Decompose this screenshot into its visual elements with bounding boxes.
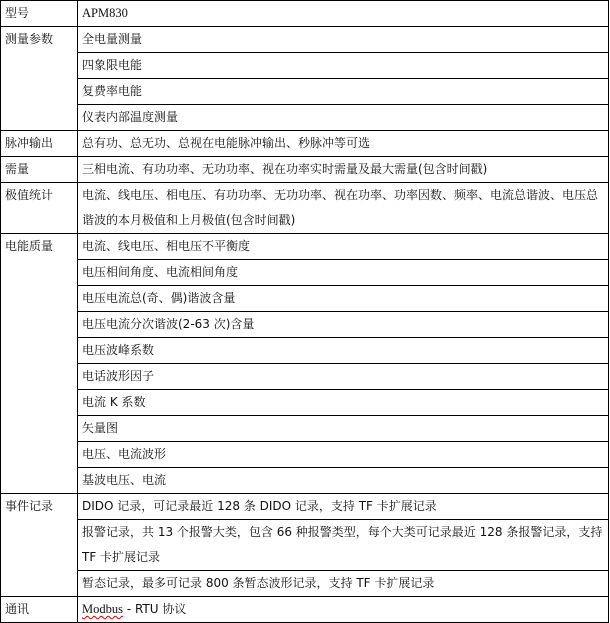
table-row: 四象限电能 bbox=[1, 53, 609, 79]
table-row: 暂态记录，最多可记录 800 条暂态波形记录，支持 TF 卡扩展记录 bbox=[1, 571, 609, 597]
row-value: 全电量测量 bbox=[78, 27, 609, 53]
row-value: 电话波形因子 bbox=[78, 364, 609, 390]
table-row-power-quality: 电能质量 电流、线电压、相电压不平衡度 bbox=[1, 234, 609, 260]
table-row-measurement: 测量参数 全电量测量 bbox=[1, 27, 609, 53]
table-row-model: 型号 APM830 bbox=[1, 1, 609, 27]
table-row: 矢量图 bbox=[1, 416, 609, 442]
row-value: DIDO 记录，可记录最近 128 条 DIDO 记录，支持 TF 卡扩展记录 bbox=[78, 494, 609, 520]
row-value: 暂态记录，最多可记录 800 条暂态波形记录，支持 TF 卡扩展记录 bbox=[78, 571, 609, 597]
table-row-demand: 需量 三相电流、有功功率、无功功率、视在功率实时需量及最大需量(包含时间戳) bbox=[1, 157, 609, 183]
row-value: 三相电流、有功功率、无功功率、视在功率实时需量及最大需量(包含时间戳) bbox=[78, 157, 609, 183]
table-row-communication: 通讯 Modbus - RTU 协议 bbox=[1, 597, 609, 603]
row-value: 电流 K 系数 bbox=[78, 390, 609, 416]
table-row: 电流 K 系数 bbox=[1, 390, 609, 416]
row-value: 仪表内部温度测量 bbox=[78, 105, 609, 131]
row-label: 极值统计 bbox=[1, 183, 78, 234]
row-value: 总有功、总无功、总视在电能脉冲输出、秒脉冲等可选 bbox=[78, 131, 609, 157]
row-label: 电能质量 bbox=[1, 234, 78, 494]
table-row: 电话波形因子 bbox=[1, 364, 609, 390]
row-value: 报警记录，共 13 个报警大类，包含 66 种报警类型，每个大类可记录最近 12… bbox=[78, 520, 609, 571]
row-value: 矢量图 bbox=[78, 416, 609, 442]
table-row: 电压波峰系数 bbox=[1, 338, 609, 364]
row-value: 电压电流分次谐波(2-63 次)含量 bbox=[78, 312, 609, 338]
row-value: Modbus - RTU 协议 bbox=[78, 597, 609, 603]
row-value: 电流、线电压、相电压不平衡度 bbox=[78, 234, 609, 260]
table-row: 基波电压、电流 bbox=[1, 468, 609, 494]
table-row: 电压电流分次谐波(2-63 次)含量 bbox=[1, 312, 609, 338]
row-value: 复费率电能 bbox=[78, 79, 609, 105]
table-row: 电压电流总(奇、偶)谐波含量 bbox=[1, 286, 609, 312]
table-row: 仪表内部温度测量 bbox=[1, 105, 609, 131]
row-label: 事件记录 bbox=[1, 494, 78, 597]
row-value: 四象限电能 bbox=[78, 53, 609, 79]
row-value: APM830 bbox=[78, 1, 609, 27]
row-label: 脉冲输出 bbox=[1, 131, 78, 157]
row-value: 电压相间角度、电流相间角度 bbox=[78, 260, 609, 286]
row-label: 测量参数 bbox=[1, 27, 78, 131]
row-value: 电流、线电压、相电压、有功功率、无功功率、视在功率、功率因数、频率、电流总谐波、… bbox=[78, 183, 609, 234]
row-value: 基波电压、电流 bbox=[78, 468, 609, 494]
row-value: 电压电流总(奇、偶)谐波含量 bbox=[78, 286, 609, 312]
table-row: 复费率电能 bbox=[1, 79, 609, 105]
table-row-event-log: 事件记录 DIDO 记录，可记录最近 128 条 DIDO 记录，支持 TF 卡… bbox=[1, 494, 609, 520]
row-value: 电压波峰系数 bbox=[78, 338, 609, 364]
table-row: 报警记录，共 13 个报警大类，包含 66 种报警类型，每个大类可记录最近 12… bbox=[1, 520, 609, 571]
table-row: 电压、电流波形 bbox=[1, 442, 609, 468]
row-label: 型号 bbox=[1, 1, 78, 27]
table-row-pulse-output: 脉冲输出 总有功、总无功、总视在电能脉冲输出、秒脉冲等可选 bbox=[1, 131, 609, 157]
row-label: 需量 bbox=[1, 157, 78, 183]
row-label: 通讯 bbox=[1, 597, 78, 603]
table-row-extreme-stats: 极值统计 电流、线电压、相电压、有功功率、无功功率、视在功率、功率因数、频率、电… bbox=[1, 183, 609, 234]
spec-table: 型号 APM830 测量参数 全电量测量 四象限电能 复费率电能 仪表内部温度测… bbox=[0, 0, 609, 602]
table-row: 电压相间角度、电流相间角度 bbox=[1, 260, 609, 286]
row-value: 电压、电流波形 bbox=[78, 442, 609, 468]
